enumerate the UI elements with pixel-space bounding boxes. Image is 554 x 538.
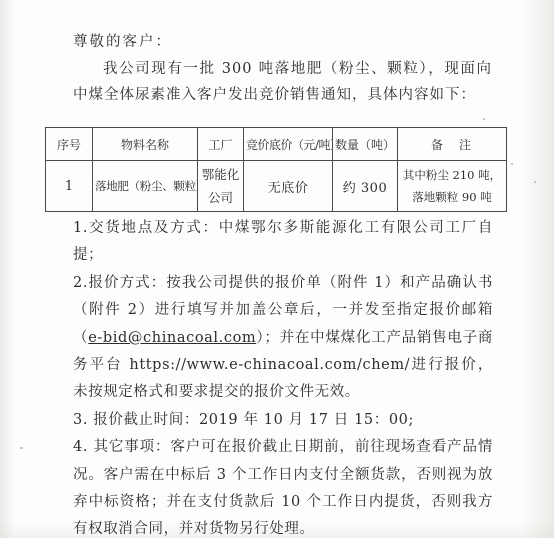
intro-paragraph: 我公司现有一批 300 吨落地肥（粉尘、颗粒），现面向中煤全体尿素准入客户发出竞… <box>73 56 492 108</box>
platform-url: https://www.e-chinacoal.com/chem/ <box>129 357 410 373</box>
deadline-item: 3. 报价截止时间：2019 年 10 月 17 日 15：00; <box>73 407 493 434</box>
cell-floor-price: 无底价 <box>244 161 333 212</box>
scanned-notice-page: 尊敬的客户： 我公司现有一批 300 吨落地肥（粉尘、颗粒），现面向中煤全体尿素… <box>0 0 554 538</box>
table-header-row: 序号 物料名称 工厂 竞价底价（元/吨） 数量（吨） 备 注 <box>46 128 507 161</box>
header-factory: 工厂 <box>198 128 244 161</box>
cell-quantity: 约 300 <box>333 161 398 212</box>
notice-terms-list: 1.交货地点及方式：中煤鄂尔多斯能源化工有限公司工厂自提； 2.报价方式：按我公… <box>73 215 493 538</box>
cell-factory: 鄂能化公司 <box>198 161 244 212</box>
greeting-line: 尊敬的客户： <box>73 30 172 51</box>
remark-line-1: 其中粉尘 210 吨， <box>400 164 504 186</box>
scan-speck <box>511 163 513 165</box>
remark-line-2: 落地颗粒 90 吨 <box>400 186 504 208</box>
scan-speck <box>20 447 23 449</box>
bidding-items-table: 序号 物料名称 工厂 竞价底价（元/吨） 数量（吨） 备 注 1 落地肥（粉尘、… <box>45 127 507 212</box>
header-seq: 序号 <box>46 128 93 161</box>
header-floor-price: 竞价底价（元/吨） <box>244 128 333 161</box>
table-row: 1 落地肥（粉尘、颗粒） 鄂能化公司 无底价 约 300 其中粉尘 210 吨，… <box>46 161 507 212</box>
scan-speck <box>534 181 536 183</box>
quotation-item: 2.报价方式：按我公司提供的报价单（附件 1）和产品确认书（附件 2）进行填写并… <box>73 270 493 407</box>
delivery-item: 1.交货地点及方式：中煤鄂尔多斯能源化工有限公司工厂自提； <box>73 215 493 270</box>
cell-material: 落地肥（粉尘、颗粒） <box>93 161 198 212</box>
header-quantity: 数量（吨） <box>333 128 398 161</box>
cell-seq: 1 <box>46 161 93 212</box>
cell-remark: 其中粉尘 210 吨， 落地颗粒 90 吨 <box>398 161 507 212</box>
header-remark: 备 注 <box>398 128 507 161</box>
other-matters-item: 4. 其它事项：客户可在报价截止日期前，前往现场查看产品情况。客户需在中标后 3… <box>73 434 493 538</box>
header-material: 物料名称 <box>93 128 198 161</box>
email-link: e-bid@chinacoal.com <box>88 330 256 346</box>
scan-speck <box>483 118 485 120</box>
